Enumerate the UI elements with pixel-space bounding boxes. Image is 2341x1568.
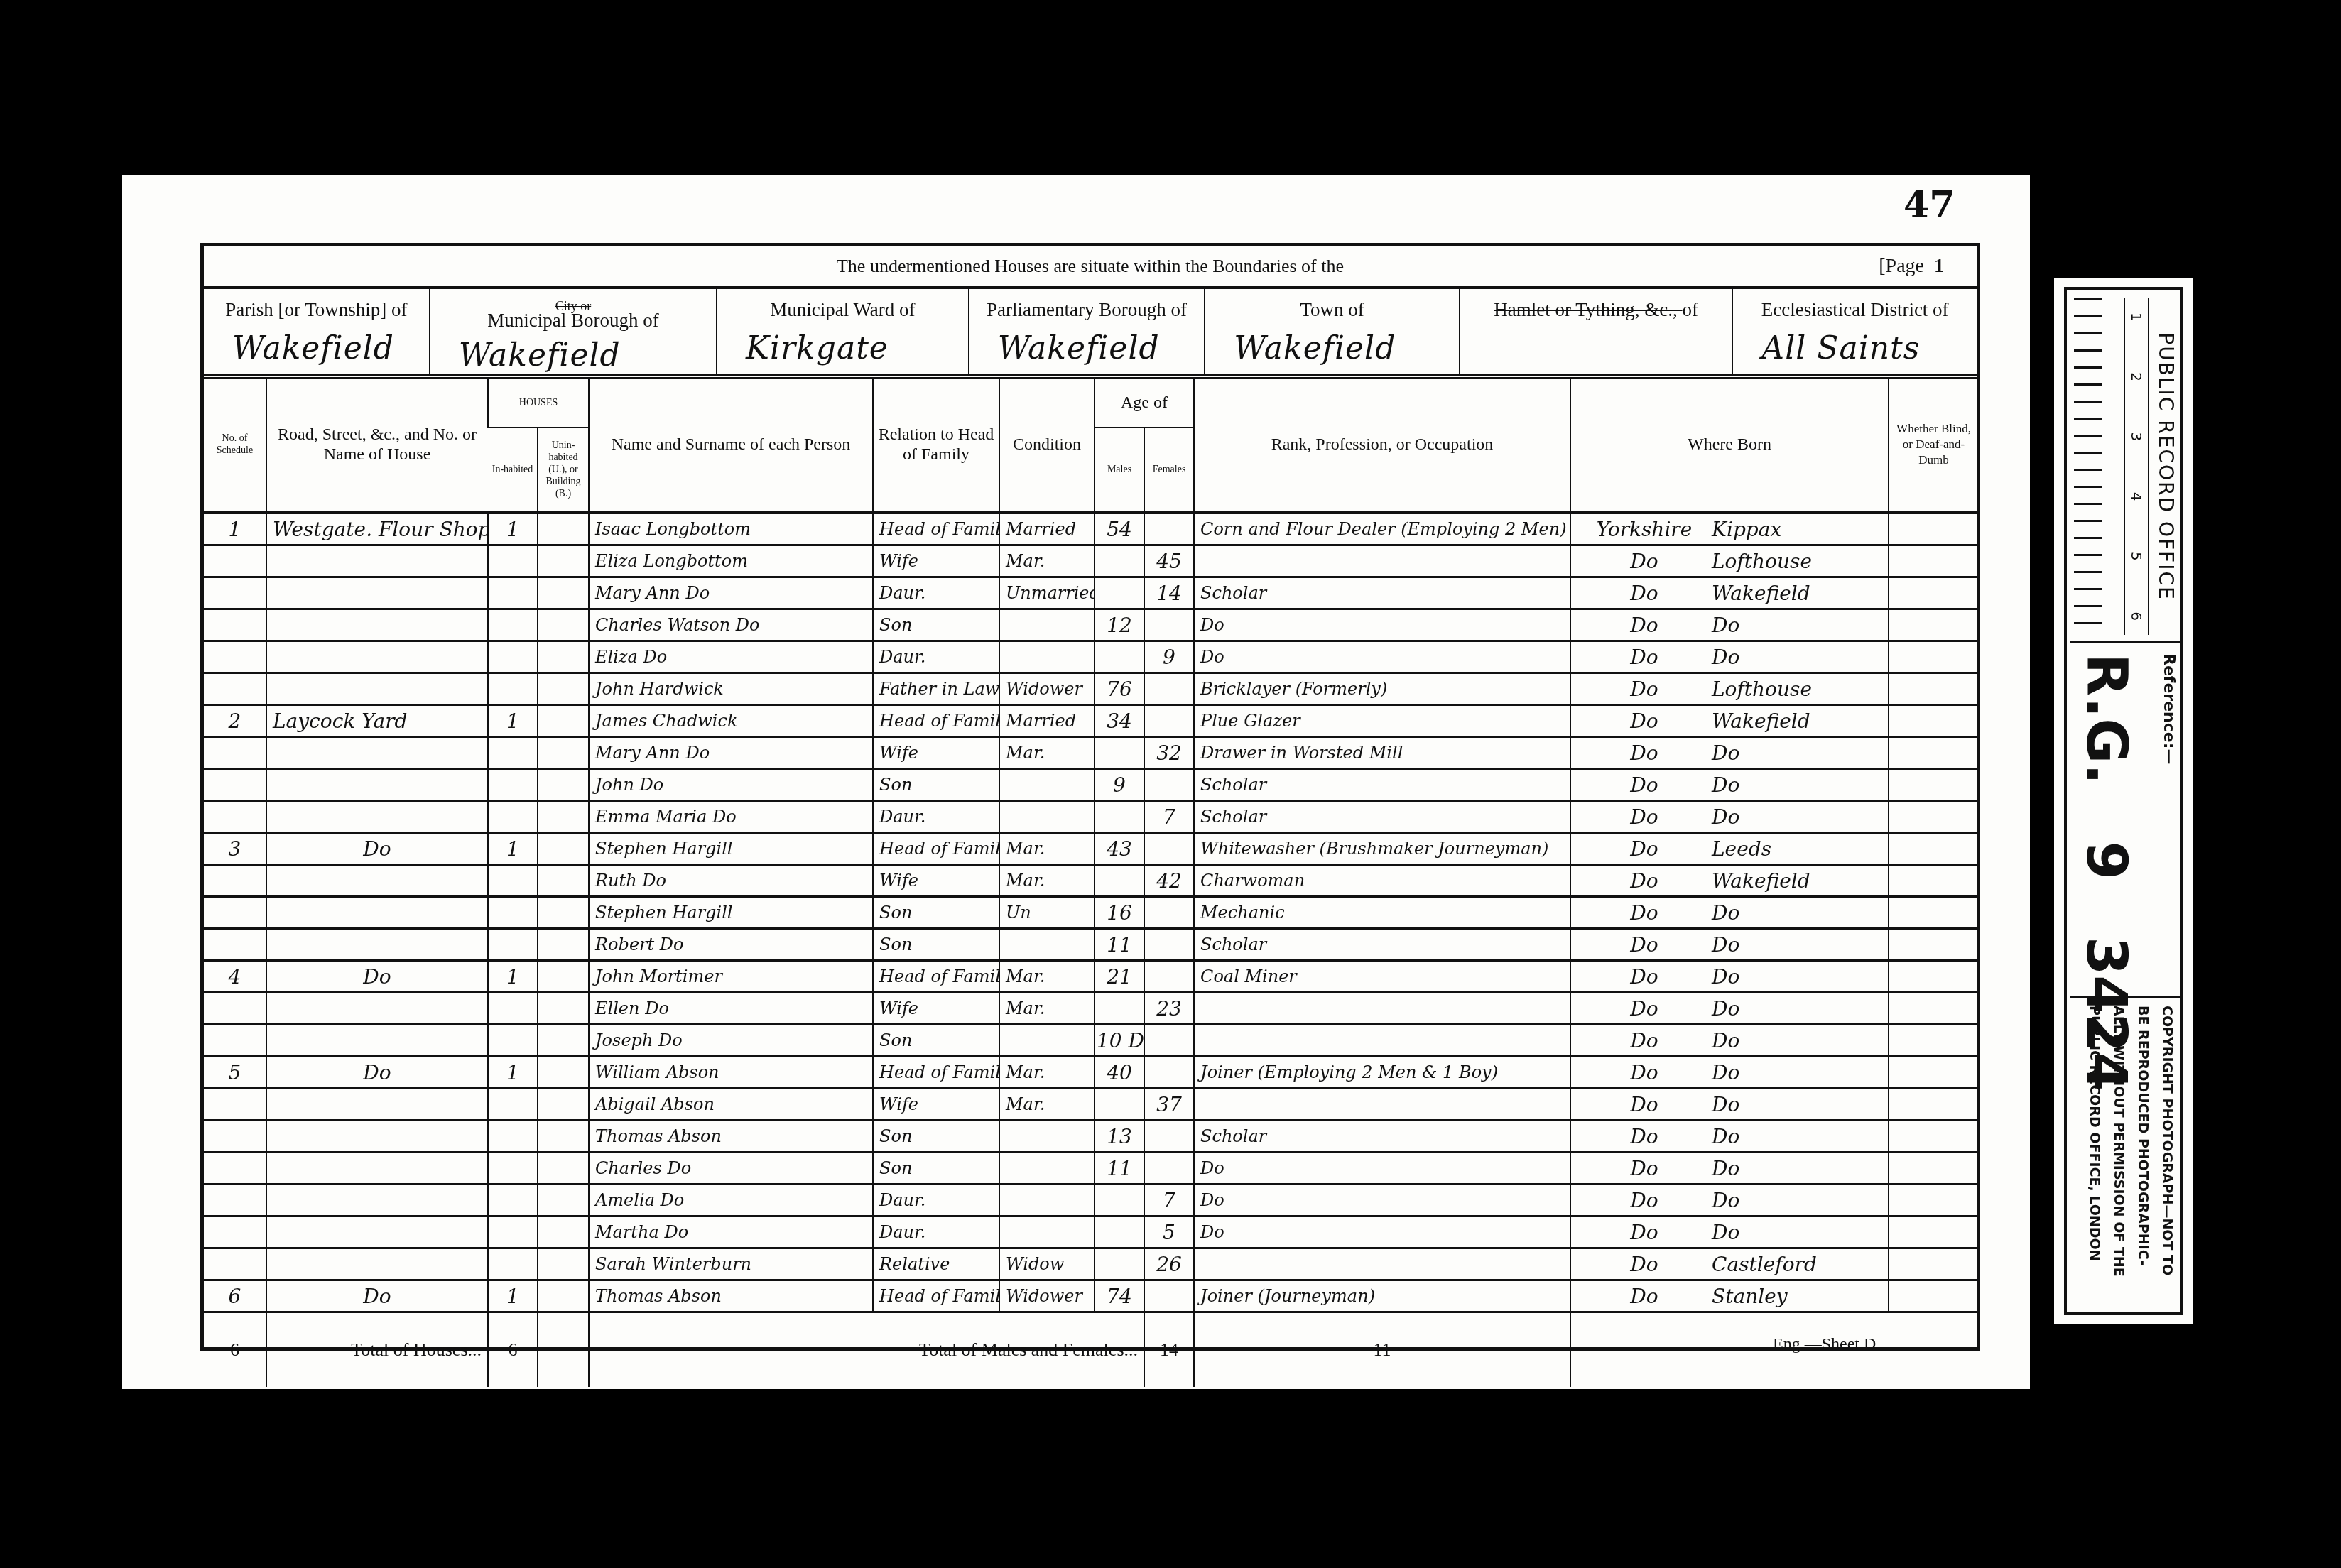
relation-cell: Daur. bbox=[873, 801, 999, 833]
col-name: Name and Surname of each Person bbox=[589, 379, 873, 513]
uninhabited-cell bbox=[538, 1089, 589, 1121]
road-cell bbox=[266, 1025, 488, 1057]
road-cell bbox=[266, 929, 488, 961]
female-age-cell bbox=[1144, 513, 1194, 545]
struck-label: Hamlet or Tything, &c., bbox=[1494, 299, 1682, 320]
road-cell bbox=[266, 897, 488, 929]
page-label: [Page bbox=[1879, 255, 1924, 277]
blind-cell bbox=[1889, 865, 1978, 897]
female-age-cell: 23 bbox=[1144, 993, 1194, 1025]
male-age-cell: 54 bbox=[1095, 513, 1144, 545]
reference-card-content: PUBLIC RECORD OFFICE 123456 Reference:— … bbox=[2070, 293, 2183, 1315]
where-born-cell: DoDo bbox=[1570, 1057, 1889, 1089]
scale-mark: 4 bbox=[2128, 492, 2145, 501]
col-females: Females bbox=[1144, 428, 1194, 513]
table-row: Ruth DoWifeMar.42CharwomanDoWakefield bbox=[204, 865, 1978, 897]
census-table: No. of Schedule Road, Street, &c., and N… bbox=[204, 379, 1978, 1387]
name-cell: Sarah Winterburn bbox=[589, 1248, 873, 1280]
blind-cell bbox=[1889, 513, 1978, 545]
schedule-cell bbox=[204, 897, 266, 929]
total-persons-label: Total of Males and Females... bbox=[589, 1312, 1144, 1388]
female-age-cell: 42 bbox=[1144, 865, 1194, 897]
schedule-cell: 1 bbox=[204, 513, 266, 545]
blind-cell bbox=[1889, 1153, 1978, 1185]
boundary-label: Ecclesiastical District of bbox=[1733, 286, 1977, 321]
schedule-cell: 2 bbox=[204, 705, 266, 737]
where-born-cell: DoDo bbox=[1570, 1153, 1889, 1185]
table-row: Sarah WinterburnRelativeWidow26DoCastlef… bbox=[204, 1248, 1978, 1280]
male-age-cell: 12 bbox=[1095, 609, 1144, 641]
reference-class: 9 bbox=[2074, 842, 2138, 880]
female-age-cell bbox=[1144, 897, 1194, 929]
where-born-cell: DoDo bbox=[1570, 1025, 1889, 1057]
occupation-cell: Scholar bbox=[1194, 769, 1570, 801]
occupation-cell bbox=[1194, 1089, 1570, 1121]
road-cell: Westgate. Flour Shop bbox=[266, 513, 488, 545]
name-cell: Isaac Longbottom bbox=[589, 513, 873, 545]
male-age-cell bbox=[1095, 993, 1144, 1025]
office-name: PUBLIC RECORD OFFICE bbox=[2154, 293, 2178, 641]
blind-cell bbox=[1889, 801, 1978, 833]
intro-banner: The undermentioned Houses are situate wi… bbox=[204, 246, 1977, 289]
blind-cell bbox=[1889, 1089, 1978, 1121]
table-row: 2Laycock Yard1James ChadwickHead of Fami… bbox=[204, 705, 1978, 737]
male-age-cell: 11 bbox=[1095, 1153, 1144, 1185]
female-age-cell bbox=[1144, 961, 1194, 993]
boundary-cell: Parliamentary Borough ofWakefield bbox=[969, 286, 1206, 374]
where-born-cell: DoDo bbox=[1570, 1089, 1889, 1121]
female-age-cell bbox=[1144, 1280, 1194, 1312]
name-cell: Abigail Abson bbox=[589, 1089, 873, 1121]
road-cell bbox=[266, 769, 488, 801]
schedule-cell bbox=[204, 737, 266, 769]
blind-cell bbox=[1889, 897, 1978, 929]
female-age-cell bbox=[1144, 1057, 1194, 1089]
male-age-cell bbox=[1095, 1248, 1144, 1280]
boundaries-row: Parish [or Township] ofWakefieldCity orM… bbox=[204, 286, 1977, 379]
schedule-cell bbox=[204, 1089, 266, 1121]
table-row: Eliza DoDaur.9DoDoDo bbox=[204, 641, 1978, 673]
table-row: Amelia DoDaur.7DoDoDo bbox=[204, 1185, 1978, 1216]
female-age-cell: 45 bbox=[1144, 545, 1194, 577]
boundary-label: Town of bbox=[1205, 286, 1459, 321]
copyright-line: COPYRIGHT PHOTOGRAPH—NOT TO bbox=[2155, 1006, 2179, 1308]
where-born-cell: DoDo bbox=[1570, 737, 1889, 769]
blind-cell bbox=[1889, 545, 1978, 577]
schedule-cell bbox=[204, 1153, 266, 1185]
schedule-cell bbox=[204, 577, 266, 609]
table-row: Stephen HargillSonUn16MechanicDoDo bbox=[204, 897, 1978, 929]
occupation-cell: Do bbox=[1194, 1153, 1570, 1185]
condition-cell bbox=[999, 1121, 1095, 1153]
where-born-cell: DoWakefield bbox=[1570, 705, 1889, 737]
name-cell: Charles Do bbox=[589, 1153, 873, 1185]
relation-cell: Father in Law bbox=[873, 673, 999, 705]
relation-cell: Head of Family bbox=[873, 1280, 999, 1312]
male-age-cell bbox=[1095, 865, 1144, 897]
occupation-cell bbox=[1194, 545, 1570, 577]
condition-cell: Widower bbox=[999, 1280, 1095, 1312]
table-row: Charles DoSon11DoDoDo bbox=[204, 1153, 1978, 1185]
table-row: Mary Ann DoDaur.Unmarried14ScholarDoWake… bbox=[204, 577, 1978, 609]
name-cell: Thomas Abson bbox=[589, 1280, 873, 1312]
condition-cell: Widower bbox=[999, 673, 1095, 705]
blind-cell bbox=[1889, 673, 1978, 705]
col-blind: Whether Blind, or Deaf-and-Dumb bbox=[1889, 379, 1978, 513]
where-born-cell: DoLofthouse bbox=[1570, 545, 1889, 577]
table-row: John DoSon9ScholarDoDo bbox=[204, 769, 1978, 801]
uninhabited-cell bbox=[538, 673, 589, 705]
name-cell: Amelia Do bbox=[589, 1185, 873, 1216]
boundary-label: Hamlet or Tything, &c., of bbox=[1460, 286, 1732, 321]
relation-cell: Son bbox=[873, 769, 999, 801]
sheet-mark: Eng.—Sheet D. bbox=[1773, 1335, 1880, 1354]
where-born-cell: DoDo bbox=[1570, 961, 1889, 993]
condition-cell: Mar. bbox=[999, 737, 1095, 769]
boundary-label: Municipal Ward of bbox=[717, 286, 968, 321]
blind-cell bbox=[1889, 769, 1978, 801]
page-number: [Page1 bbox=[1879, 246, 1944, 286]
total-males: 14 bbox=[1144, 1312, 1194, 1388]
relation-cell: Relative bbox=[873, 1248, 999, 1280]
occupation-cell bbox=[1194, 1025, 1570, 1057]
male-age-cell: 16 bbox=[1095, 897, 1144, 929]
name-cell: William Abson bbox=[589, 1057, 873, 1089]
inhabited-cell bbox=[488, 673, 538, 705]
female-age-cell: 37 bbox=[1144, 1089, 1194, 1121]
total-houses: 6 bbox=[488, 1312, 538, 1388]
condition-cell: Married bbox=[999, 513, 1095, 545]
schedule-cell: 4 bbox=[204, 961, 266, 993]
boundary-value: Wakefield bbox=[998, 330, 1160, 366]
reference-card-frame: PUBLIC RECORD OFFICE 123456 Reference:— … bbox=[2064, 287, 2183, 1315]
name-cell: Mary Ann Do bbox=[589, 577, 873, 609]
male-age-cell bbox=[1095, 641, 1144, 673]
where-born-cell: DoLofthouse bbox=[1570, 673, 1889, 705]
relation-cell: Son bbox=[873, 1153, 999, 1185]
boundary-cell: Municipal Ward ofKirkgate bbox=[717, 286, 969, 374]
blind-cell bbox=[1889, 1025, 1978, 1057]
female-age-cell: 9 bbox=[1144, 641, 1194, 673]
total-blank bbox=[538, 1312, 589, 1388]
relation-cell: Son bbox=[873, 1025, 999, 1057]
uninhabited-cell bbox=[538, 737, 589, 769]
blind-cell bbox=[1889, 1185, 1978, 1216]
where-born-cell: DoStanley bbox=[1570, 1280, 1889, 1312]
table-row: Abigail AbsonWifeMar.37DoDo bbox=[204, 1089, 1978, 1121]
table-row: 6Do1Thomas AbsonHead of FamilyWidower74J… bbox=[204, 1280, 1978, 1312]
blind-cell bbox=[1889, 737, 1978, 769]
uninhabited-cell bbox=[538, 1057, 589, 1089]
condition-cell: Mar. bbox=[999, 545, 1095, 577]
occupation-cell bbox=[1194, 993, 1570, 1025]
condition-cell bbox=[999, 1153, 1095, 1185]
scale-numbers: 123456 bbox=[2124, 298, 2149, 635]
blind-cell bbox=[1889, 833, 1978, 865]
road-cell: Laycock Yard bbox=[266, 705, 488, 737]
road-cell bbox=[266, 993, 488, 1025]
col-relation: Relation to Head of Family bbox=[873, 379, 999, 513]
inhabited-cell bbox=[488, 1121, 538, 1153]
road-cell bbox=[266, 801, 488, 833]
occupation-cell: Scholar bbox=[1194, 801, 1570, 833]
where-born-cell: DoWakefield bbox=[1570, 865, 1889, 897]
uninhabited-cell bbox=[538, 833, 589, 865]
total-females: 11 bbox=[1194, 1312, 1570, 1388]
road-cell bbox=[266, 1089, 488, 1121]
name-cell: Stephen Hargill bbox=[589, 833, 873, 865]
inhabited-cell bbox=[488, 1089, 538, 1121]
male-age-cell: 34 bbox=[1095, 705, 1144, 737]
where-born-cell: DoDo bbox=[1570, 993, 1889, 1025]
relation-cell: Wife bbox=[873, 737, 999, 769]
male-age-cell: 40 bbox=[1095, 1057, 1144, 1089]
schedule-cell: 3 bbox=[204, 833, 266, 865]
female-age-cell bbox=[1144, 673, 1194, 705]
schedule-cell bbox=[204, 1025, 266, 1057]
blind-cell bbox=[1889, 577, 1978, 609]
where-born-cell: DoDo bbox=[1570, 1185, 1889, 1216]
uninhabited-cell bbox=[538, 929, 589, 961]
uninhabited-cell bbox=[538, 513, 589, 545]
blind-cell bbox=[1889, 961, 1978, 993]
occupation-cell: Bricklayer (Formerly) bbox=[1194, 673, 1570, 705]
where-born-cell: DoCastleford bbox=[1570, 1248, 1889, 1280]
reference-piece: 3424 bbox=[2074, 937, 2138, 1091]
female-age-cell: 5 bbox=[1144, 1216, 1194, 1248]
male-age-cell: 74 bbox=[1095, 1280, 1144, 1312]
where-born-cell: DoDo bbox=[1570, 1216, 1889, 1248]
male-age-cell: 10 Days bbox=[1095, 1025, 1144, 1057]
relation-cell: Daur. bbox=[873, 641, 999, 673]
condition-cell bbox=[999, 1025, 1095, 1057]
col-condition: Condition bbox=[999, 379, 1095, 513]
uninhabited-cell bbox=[538, 961, 589, 993]
condition-cell: Mar. bbox=[999, 1089, 1095, 1121]
female-age-cell bbox=[1144, 1121, 1194, 1153]
where-born-cell: DoDo bbox=[1570, 929, 1889, 961]
road-cell bbox=[266, 1185, 488, 1216]
relation-cell: Wife bbox=[873, 545, 999, 577]
male-age-cell: 9 bbox=[1095, 769, 1144, 801]
schedule-cell bbox=[204, 641, 266, 673]
where-born-cell: DoDo bbox=[1570, 641, 1889, 673]
col-age: Age of bbox=[1095, 379, 1194, 428]
relation-cell: Son bbox=[873, 897, 999, 929]
male-age-cell: 76 bbox=[1095, 673, 1144, 705]
road-cell bbox=[266, 737, 488, 769]
uninhabited-cell bbox=[538, 1121, 589, 1153]
blind-cell bbox=[1889, 705, 1978, 737]
scale-ruler: PUBLIC RECORD OFFICE 123456 bbox=[2070, 293, 2183, 643]
occupation-cell: Joiner (Journeyman) bbox=[1194, 1280, 1570, 1312]
name-cell: John Do bbox=[589, 769, 873, 801]
condition-cell bbox=[999, 801, 1095, 833]
table-row: Robert DoSon11ScholarDoDo bbox=[204, 929, 1978, 961]
schedule-cell bbox=[204, 1248, 266, 1280]
condition-cell bbox=[999, 769, 1095, 801]
boundary-value: All Saints bbox=[1761, 330, 1920, 366]
table-row: Charles Watson DoSon12DoDoDo bbox=[204, 609, 1978, 641]
relation-cell: Son bbox=[873, 609, 999, 641]
folio-number: 47 bbox=[1903, 183, 1955, 227]
road-cell: Do bbox=[266, 1280, 488, 1312]
table-row: Eliza LongbottomWifeMar.45DoLofthouse bbox=[204, 545, 1978, 577]
road-cell bbox=[266, 1248, 488, 1280]
schedule-cell bbox=[204, 769, 266, 801]
male-age-cell: 43 bbox=[1095, 833, 1144, 865]
boundary-cell: Town ofWakefield bbox=[1205, 286, 1460, 374]
female-age-cell: 32 bbox=[1144, 737, 1194, 769]
occupation-cell: Scholar bbox=[1194, 577, 1570, 609]
scale-mark: 6 bbox=[2128, 611, 2145, 621]
uninhabited-cell bbox=[538, 801, 589, 833]
table-row: 5Do1William AbsonHead of FamilyMar.40Joi… bbox=[204, 1057, 1978, 1089]
schedule-cell bbox=[204, 865, 266, 897]
relation-cell: Head of Family bbox=[873, 513, 999, 545]
boundary-value: Wakefield bbox=[232, 330, 394, 366]
where-born-cell: YorkshireKippax bbox=[1570, 513, 1889, 545]
condition-cell: Un bbox=[999, 897, 1095, 929]
relation-cell: Head of Family bbox=[873, 833, 999, 865]
inhabited-cell: 1 bbox=[488, 1280, 538, 1312]
inhabited-cell bbox=[488, 641, 538, 673]
uninhabited-cell bbox=[538, 1216, 589, 1248]
road-cell bbox=[266, 1121, 488, 1153]
road-cell bbox=[266, 577, 488, 609]
reference-card: PUBLIC RECORD OFFICE 123456 Reference:— … bbox=[2054, 278, 2193, 1324]
condition-cell bbox=[999, 609, 1095, 641]
where-born-cell: DoDo bbox=[1570, 1121, 1889, 1153]
total-schedules: 6 bbox=[204, 1312, 266, 1388]
inhabited-cell bbox=[488, 1025, 538, 1057]
inhabited-cell bbox=[488, 929, 538, 961]
occupation-cell: Do bbox=[1194, 1185, 1570, 1216]
relation-cell: Daur. bbox=[873, 1216, 999, 1248]
where-born-cell: DoDo bbox=[1570, 769, 1889, 801]
census-form: The undermentioned Houses are situate wi… bbox=[200, 243, 1980, 1351]
male-age-cell bbox=[1095, 545, 1144, 577]
name-cell: Martha Do bbox=[589, 1216, 873, 1248]
relation-cell: Daur. bbox=[873, 577, 999, 609]
inhabited-cell bbox=[488, 609, 538, 641]
road-cell: Do bbox=[266, 961, 488, 993]
occupation-cell: Joiner (Employing 2 Men & 1 Boy) bbox=[1194, 1057, 1570, 1089]
ruler-ticks bbox=[2074, 298, 2102, 635]
uninhabited-cell bbox=[538, 577, 589, 609]
road-cell bbox=[266, 865, 488, 897]
condition-cell: Mar. bbox=[999, 865, 1095, 897]
uninhabited-cell bbox=[538, 1248, 589, 1280]
name-cell: Ellen Do bbox=[589, 993, 873, 1025]
condition-cell: Unmarried bbox=[999, 577, 1095, 609]
uninhabited-cell bbox=[538, 1153, 589, 1185]
inhabited-cell: 1 bbox=[488, 833, 538, 865]
col-schedule: No. of Schedule bbox=[204, 379, 266, 513]
totals-row: 6 Total of Houses... 6 Total of Males an… bbox=[204, 1312, 1978, 1388]
male-age-cell: 11 bbox=[1095, 929, 1144, 961]
condition-cell: Mar. bbox=[999, 1057, 1095, 1089]
boundary-value: Kirkgate bbox=[746, 330, 889, 366]
occupation-cell: Charwoman bbox=[1194, 865, 1570, 897]
name-cell: John Hardwick bbox=[589, 673, 873, 705]
occupation-cell: Mechanic bbox=[1194, 897, 1570, 929]
female-age-cell bbox=[1144, 833, 1194, 865]
road-cell bbox=[266, 545, 488, 577]
condition-cell: Mar. bbox=[999, 833, 1095, 865]
relation-cell: Wife bbox=[873, 1089, 999, 1121]
table-row: Ellen DoWifeMar.23DoDo bbox=[204, 993, 1978, 1025]
inhabited-cell bbox=[488, 769, 538, 801]
condition-cell bbox=[999, 1216, 1095, 1248]
where-born-cell: DoLeeds bbox=[1570, 833, 1889, 865]
blind-cell bbox=[1889, 1216, 1978, 1248]
col-road: Road, Street, &c., and No. or Name of Ho… bbox=[266, 379, 488, 513]
inhabited-cell bbox=[488, 993, 538, 1025]
uninhabited-cell bbox=[538, 1185, 589, 1216]
inhabited-cell bbox=[488, 1153, 538, 1185]
boundary-value: Wakefield bbox=[1234, 330, 1396, 366]
name-cell: Ruth Do bbox=[589, 865, 873, 897]
scale-mark: 2 bbox=[2128, 372, 2145, 381]
name-cell: Thomas Abson bbox=[589, 1121, 873, 1153]
female-age-cell bbox=[1144, 1153, 1194, 1185]
col-occupation: Rank, Profession, or Occupation bbox=[1194, 379, 1570, 513]
where-born-cell: DoDo bbox=[1570, 897, 1889, 929]
table-row: 4Do1John MortimerHead of FamilyMar.21Coa… bbox=[204, 961, 1978, 993]
condition-cell: Mar. bbox=[999, 993, 1095, 1025]
uninhabited-cell bbox=[538, 609, 589, 641]
uninhabited-cell bbox=[538, 705, 589, 737]
where-born-cell: DoWakefield bbox=[1570, 577, 1889, 609]
occupation-cell bbox=[1194, 1248, 1570, 1280]
occupation-cell: Coal Miner bbox=[1194, 961, 1570, 993]
male-age-cell bbox=[1095, 1089, 1144, 1121]
table-row: 3Do1Stephen HargillHead of FamilyMar.43W… bbox=[204, 833, 1978, 865]
occupation-cell: Do bbox=[1194, 641, 1570, 673]
table-row: Mary Ann DoWifeMar.32Drawer in Worsted M… bbox=[204, 737, 1978, 769]
boundary-value: Wakefield bbox=[459, 337, 621, 374]
condition-cell bbox=[999, 1185, 1095, 1216]
inhabited-cell bbox=[488, 897, 538, 929]
road-cell bbox=[266, 641, 488, 673]
male-age-cell bbox=[1095, 737, 1144, 769]
male-age-cell bbox=[1095, 1185, 1144, 1216]
relation-cell: Son bbox=[873, 929, 999, 961]
blind-cell bbox=[1889, 929, 1978, 961]
inhabited-cell bbox=[488, 577, 538, 609]
schedule-cell bbox=[204, 801, 266, 833]
relation-cell: Wife bbox=[873, 993, 999, 1025]
blind-cell bbox=[1889, 1121, 1978, 1153]
inhabited-cell: 1 bbox=[488, 513, 538, 545]
female-age-cell: 14 bbox=[1144, 577, 1194, 609]
inhabited-cell bbox=[488, 865, 538, 897]
uninhabited-cell bbox=[538, 865, 589, 897]
inhabited-cell bbox=[488, 737, 538, 769]
male-age-cell bbox=[1095, 801, 1144, 833]
where-born-cell: DoDo bbox=[1570, 609, 1889, 641]
table-row: Thomas AbsonSon13ScholarDoDo bbox=[204, 1121, 1978, 1153]
schedule-cell bbox=[204, 609, 266, 641]
schedule-cell bbox=[204, 1216, 266, 1248]
schedule-cell bbox=[204, 545, 266, 577]
inhabited-cell bbox=[488, 545, 538, 577]
occupation-cell: Do bbox=[1194, 609, 1570, 641]
name-cell: Joseph Do bbox=[589, 1025, 873, 1057]
boundary-label: Parish [or Township] of bbox=[204, 286, 429, 321]
name-cell: John Mortimer bbox=[589, 961, 873, 993]
